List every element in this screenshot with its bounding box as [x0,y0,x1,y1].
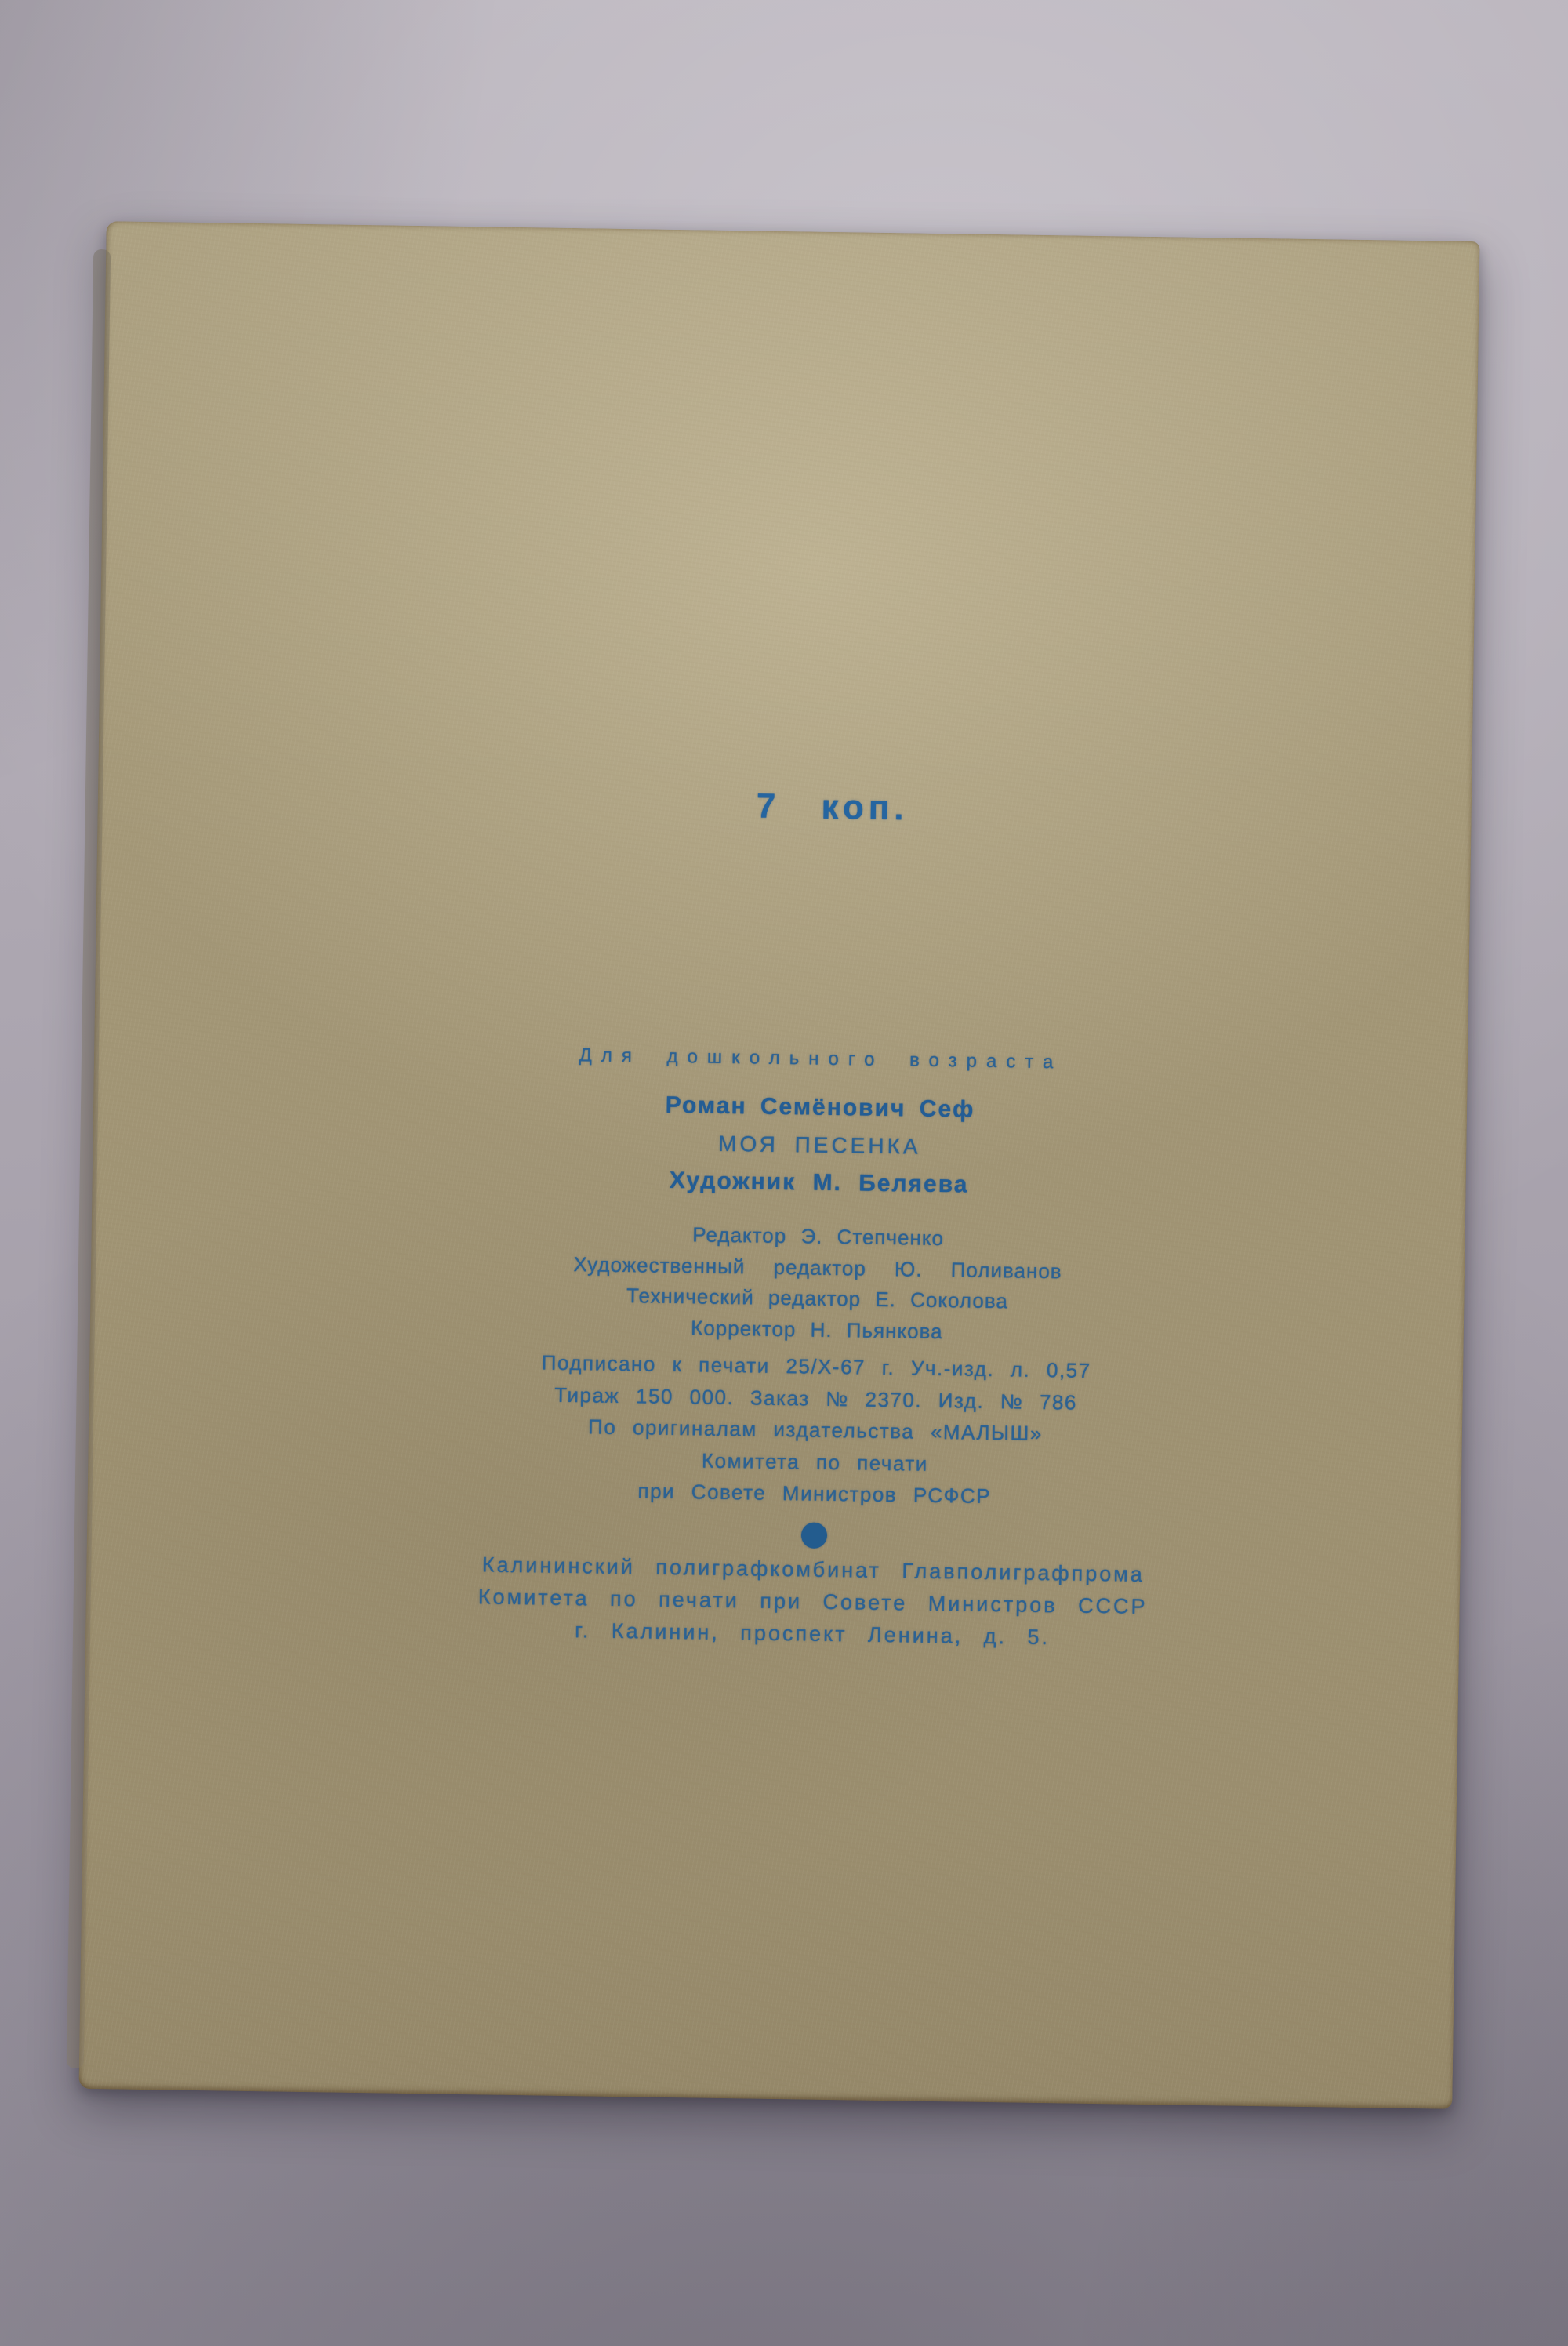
book-back-cover: 7 коп. Для дошкольного возраста Роман Се… [78,221,1479,2109]
print-info-block: Подписано к печати 25/X-67 г. Уч.-изд. л… [128,1341,1504,1520]
price-label: 7 коп. [146,780,1519,835]
photo-background: 7 коп. Для дошкольного возраста Роман Се… [0,0,1568,2346]
printer-info-block: Калининский полиграфкомбинат Главполигра… [125,1544,1501,1661]
audience-line: Для дошкольного возраста [134,1034,1508,1084]
credits-block: Редактор Э. Степченко Художественный ред… [130,1211,1505,1356]
